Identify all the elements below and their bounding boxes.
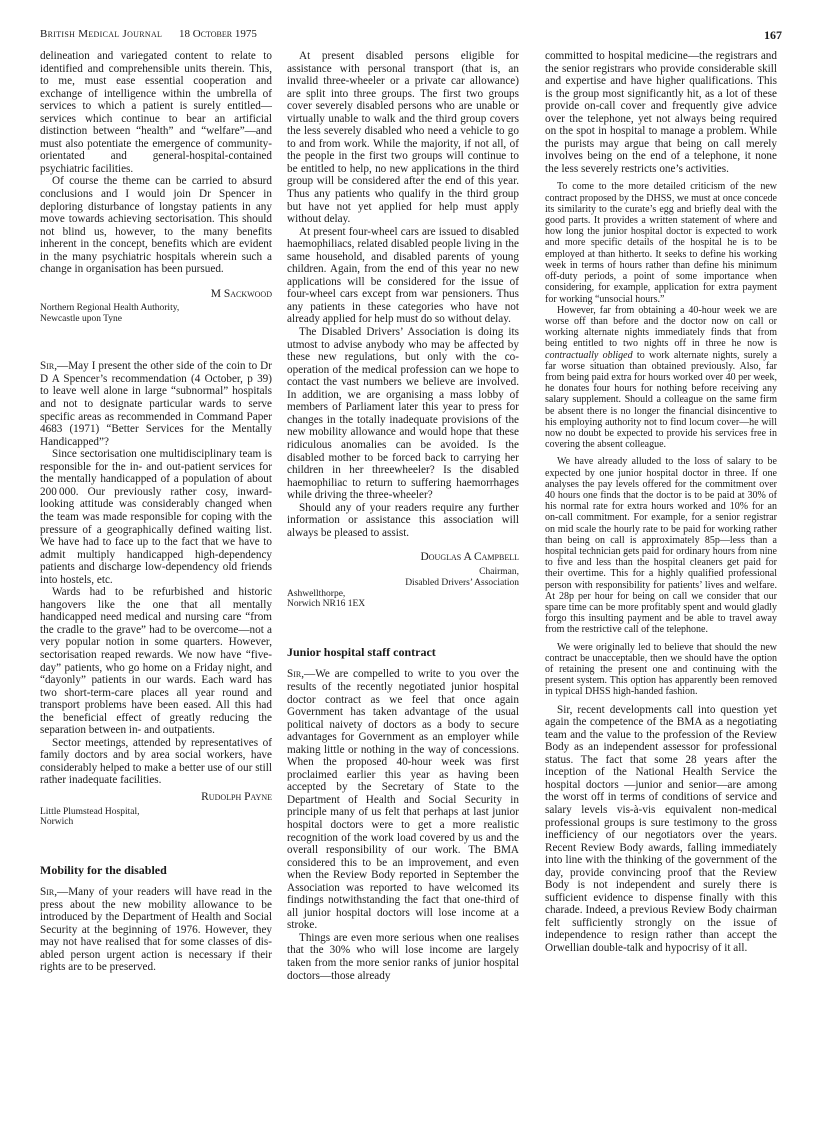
author-signature: Douglas A Campbell [287, 551, 519, 564]
running-header: British Medical Journal 18 October 1975 … [40, 28, 782, 44]
paragraph: Of course the theme can be carried to ab… [40, 175, 272, 275]
paragraph: Since sectorisation one multidisciplinar… [40, 448, 272, 586]
column-2: At present disabled persons eligible for… [287, 50, 519, 982]
paragraph: We were originally led to believe that s… [545, 642, 777, 698]
author-address: Ashwellthorpe,Norwich NR16 1EX [287, 589, 519, 610]
paragraph: To come to the more detailed criticism o… [545, 181, 777, 304]
column-3: committed to hospital medicine—the regis… [545, 50, 777, 955]
section-heading: Mobility for the disabled [40, 864, 272, 877]
paragraph: We have already alluded to the loss of s… [545, 456, 777, 635]
letter-paragraph: Sir,—May I present the other side of the… [40, 360, 272, 448]
author-role: Chairman, [287, 567, 519, 578]
paragraph: Sector meetings, attended by representa­… [40, 737, 272, 787]
author-address: Northern Regional Health Authority,Newca… [40, 303, 272, 324]
paragraph: However, far from obtaining a 40-hour we… [545, 305, 777, 451]
column-1: delineation and variegated content to re… [40, 50, 272, 974]
paragraph: The Disabled Drivers’ Association is doi… [287, 326, 519, 502]
section-heading: Junior hospital staff contract [287, 646, 519, 659]
letter-paragraph: Sir,—We are compelled to write to you ov… [287, 668, 519, 931]
paragraph: Wards had to be refurbished and historic… [40, 586, 272, 737]
paragraph: delineation and variegated content to re… [40, 50, 272, 175]
journal-title: British Medical Journal [40, 28, 162, 40]
page-number: 167 [764, 28, 782, 43]
letter-paragraph: Sir,—Many of your readers will have read… [40, 886, 272, 974]
paragraph: Should any of your readers require any f… [287, 502, 519, 540]
issue-date: 18 October 1975 [179, 28, 257, 40]
author-address: Little Plumstead Hospital,Norwich [40, 807, 272, 828]
paragraph: committed to hospital medicine—the regis… [545, 50, 777, 175]
author-signature: Rudolph Payne [40, 791, 272, 804]
paragraph: Things are even more serious when one re… [287, 932, 519, 982]
paragraph: Sir, recent developments call into quest… [545, 704, 777, 955]
paragraph: At present disabled persons eligible for… [287, 50, 519, 226]
author-organisation: Disabled Drivers’ Association [287, 578, 519, 589]
author-signature: M Sackwood [40, 288, 272, 301]
paragraph: At present four-wheel cars are issued to… [287, 226, 519, 326]
